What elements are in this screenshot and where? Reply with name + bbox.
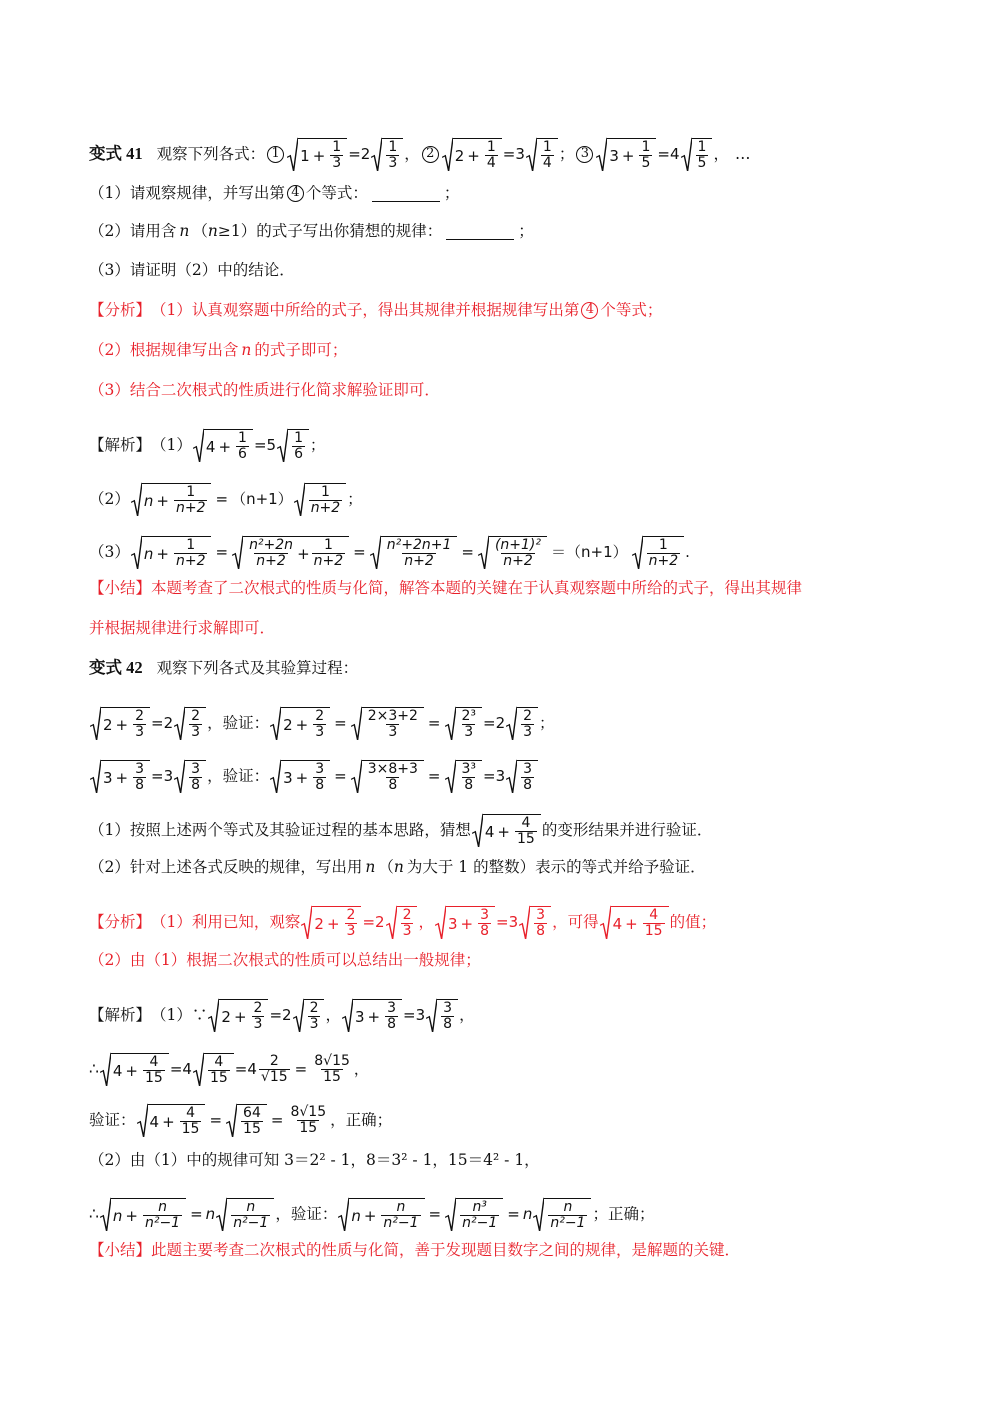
summary-tag: 【小结】 (89, 1240, 151, 1260)
analysis-tag: 【分析】 (89, 912, 151, 932)
problem42-header: 变式 42 观察下列各式及其验算过程： (89, 658, 358, 678)
problem42-solution2: （2）由（1）中的规律可知 3＝2² - 1，8＝3² - 1，15＝4² - … (89, 1150, 540, 1170)
problem41-summary2: 并根据规律进行求解即可． (89, 618, 275, 638)
problem41-summary1: 【小结】本题考查了二次根式的性质与化简，解答本题的关键在于认真观察题中所给的式子… (89, 578, 802, 598)
problem41-analysis1: 【分析】（1）认真观察题中所给的式子，得出其规律并根据规律写出第4个等式； (89, 300, 662, 320)
problem42-row1: 2+23 =2 23 ，验证： 2+23 = 2×3+23 = 2³3 =2 2… (89, 706, 554, 740)
problem41-solution1: 【解析】（1） 4+16 =5 16 ； (89, 428, 325, 462)
problem41-question1: （1）请观察规律，并写出第4个等式： ； (89, 183, 459, 203)
equation-3: 3+15 =4 15 (595, 137, 713, 171)
equation-1: 1+13 =2 13 (286, 137, 404, 171)
circled-number-4: 4 (287, 185, 304, 202)
problem42-analysis1: 【分析】（1）利用已知，观察 2+23 =2 23 ， 3+38 =3 38 ，… (89, 905, 716, 939)
circled-number-1: 1 (267, 146, 284, 163)
problem42-solution1: 【解析】（1）∵ 2+23 =2 23 ， 3+38 =3 38 ， (89, 998, 475, 1032)
problem41-intro: 观察下列各式： (157, 144, 266, 164)
problem42-row2: 3+38 =3 38 ，验证： 3+38 = 3×8+38 = 3³8 =3 3… (89, 759, 539, 793)
problem41-question3: （3）请证明（2）中的结论． (89, 260, 295, 280)
ellipsis: … (735, 144, 751, 164)
problem42-solution1b: ∴ 4+415 =4 415 =4 2√15 = 8√1515 ， (89, 1052, 369, 1086)
problem42-summary: 【小结】此题主要考查二次根式的性质与化简，善于发现题目数字之间的规律，是解题的关… (89, 1240, 740, 1260)
problem41-solution2: （2） n+1n+2 =（n+1） 1n+2 ； (89, 482, 362, 516)
problem41-question2: （2）请用含n（n≥1）的式子写出你猜想的规律： ； (89, 221, 534, 241)
equation-2: 2+14 =3 14 (441, 137, 559, 171)
problem41-solution3: （3） n+1n+2 = n²+2nn+2+1n+2 = n²+2n+1n+2 … (89, 535, 690, 569)
sqrt-icon: 1+13 (287, 137, 347, 171)
problem41-analysis2: （2）根据规律写出含n的式子即可； (89, 340, 347, 360)
problem42-verify: 验证： 4+415 = 6415 = 8√1515 ，正确； (89, 1103, 392, 1137)
answer-blank-1[interactable] (372, 185, 440, 202)
problem42-analysis2: （2）由（1）根据二次根式的性质可以总结出一般规律； (89, 950, 481, 970)
answer-blank-2[interactable] (446, 223, 514, 240)
solution-tag: 【解析】 (89, 1005, 151, 1025)
circled-number-3: 3 (576, 146, 593, 163)
solution-tag: 【解析】 (89, 435, 151, 455)
problem41-title: 变式 41 (89, 144, 143, 164)
problem42-question2: （2）针对上述各式反映的规律，写出用n（n为大于 1 的整数）表示的等式并给予验… (89, 857, 706, 877)
circled-number-2: 2 (422, 146, 439, 163)
therefore-icon: ∴ (89, 1059, 99, 1079)
analysis-tag: 【分析】 (89, 300, 151, 320)
problem41-header: 变式 41 观察下列各式： 1 1+13 =2 13 ， 2 2+14 =3 1… (89, 137, 750, 171)
problem41-analysis3: （3）结合二次根式的性质进行化简求解验证即可． (89, 380, 440, 400)
summary-tag: 【小结】 (89, 578, 151, 598)
problem42-title: 变式 42 (89, 658, 143, 678)
problem42-general: ∴ n+nn²−1 =n nn²−1 ，验证： n+nn²−1 = n³n²−1… (89, 1197, 654, 1231)
problem42-question1: （1）按照上述两个等式及其验证过程的基本思路，猜想 4+415 的变形结果并进行… (89, 813, 712, 847)
